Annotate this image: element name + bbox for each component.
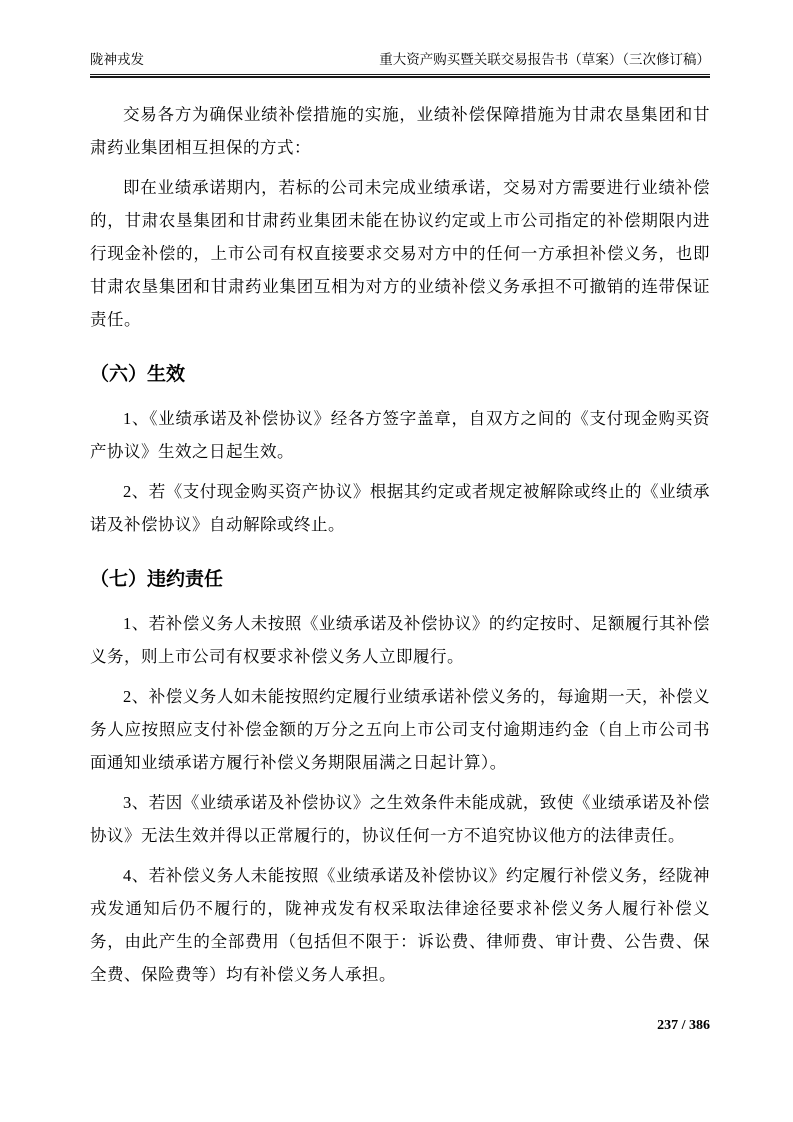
paragraph-effectiveness-item-1: 1、《业绩承诺及补偿协议》经各方签字盖章，自双方之间的《支付现金购买资产协议》生…: [90, 402, 710, 468]
page-content-area: 陇神戎发 重大资产购买暨关联交易报告书（草案）（三次修订稿） 交易各方为确保业绩…: [0, 0, 793, 991]
paragraph-guarantee-intro: 交易各方为确保业绩补偿措施的实施，业绩补偿保障措施为甘肃农垦集团和甘肃药业集团相…: [90, 98, 710, 164]
paragraph-breach-item-3: 3、若因《业绩承诺及补偿协议》之生效条件未能成就，致使《业绩承诺及补偿协议》无法…: [90, 786, 710, 852]
section-heading-7-breach-liability: （七）违约责任: [90, 567, 710, 593]
header-divider-thin-line: [90, 74, 710, 75]
paragraph-mutual-guarantee-detail: 即在业绩承诺期内，若标的公司未完成业绩承诺，交易对方需要进行业绩补偿的，甘肃农垦…: [90, 171, 710, 336]
paragraph-breach-item-2: 2、补偿义务人如未能按照约定履行业绩承诺补偿义务的，每逾期一天，补偿义务人应按照…: [90, 680, 710, 779]
paragraph-breach-item-1: 1、若补偿义务人未按照《业绩承诺及补偿协议》的约定按时、足额履行其补偿义务，则上…: [90, 607, 710, 673]
document-page: 陇神戎发 重大资产购买暨关联交易报告书（草案）（三次修订稿） 交易各方为确保业绩…: [0, 0, 793, 1122]
header-report-title: 重大资产购买暨关联交易报告书（草案）（三次修订稿）: [379, 50, 710, 70]
page-header: 陇神戎发 重大资产购买暨关联交易报告书（草案）（三次修订稿）: [90, 50, 710, 70]
document-body: 交易各方为确保业绩补偿措施的实施，业绩补偿保障措施为甘肃农垦集团和甘肃药业集团相…: [90, 98, 710, 991]
section-heading-6-effectiveness: （六）生效: [90, 362, 710, 388]
header-divider: [90, 74, 710, 78]
page-number: 237 / 386: [657, 1018, 710, 1033]
paragraph-breach-item-4: 4、若补偿义务人未能按照《业绩承诺及补偿协议》约定履行补偿义务，经陇神戎发通知后…: [90, 859, 710, 991]
page-footer: 237 / 386: [657, 1018, 710, 1034]
header-company-name: 陇神戎发: [90, 50, 144, 70]
paragraph-effectiveness-item-2: 2、若《支付现金购买资产协议》根据其约定或者规定被解除或终止的《业绩承诺及补偿协…: [90, 475, 710, 541]
header-divider-thick-line: [90, 76, 710, 78]
